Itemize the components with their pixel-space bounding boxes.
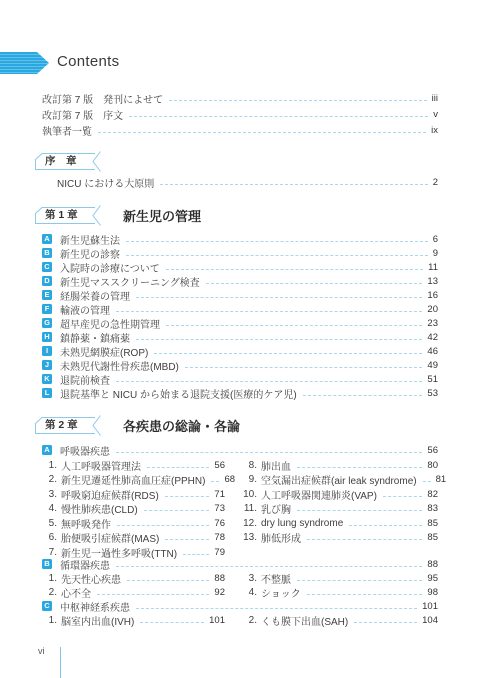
section-a-left-column: 1.人工呼吸器管理法56 2.新生児遷延性肺高血圧症(PPHN)68 3.呼吸窮… xyxy=(40,458,225,560)
dotted-leader xyxy=(211,481,219,482)
toc-entry-title: 執筆者一覧 xyxy=(42,123,92,138)
folio-rule xyxy=(60,647,61,678)
dotted-leader xyxy=(185,367,423,368)
toc-row: 11.乳び胸83 xyxy=(240,502,438,517)
item-number: 6. xyxy=(40,532,57,543)
toc-row: 1.脳室内出血(IVH)101 xyxy=(40,613,225,628)
toc-entry-title: 鎮静薬・鎮痛薬 xyxy=(60,330,130,345)
toc-entry-title: 改訂第 7 版 序文 xyxy=(42,107,123,122)
page-number: 2 xyxy=(433,177,438,188)
dotted-leader xyxy=(129,116,428,117)
section-badge: G xyxy=(42,318,52,328)
front-matter-list: 改訂第 7 版 発刊によせて iii 改訂第 7 版 序文 v 執筆者一覧 ix xyxy=(42,90,438,138)
section-badge: H xyxy=(42,332,52,342)
toc-entry-title: 退院基準と NICU から始まる退院支援(医療的ケア児) xyxy=(60,386,297,401)
toc-row: 10.人工呼吸器関連肺炎(VAP)82 xyxy=(240,487,438,502)
chapter2-heading: 第 2 章 各疾患の総論・各論 xyxy=(35,415,240,436)
dotted-leader xyxy=(297,510,422,511)
page-number: 6 xyxy=(433,234,438,245)
item-number: 13. xyxy=(240,532,257,543)
section-c-left-column: 1.脳室内出血(IVH)101 xyxy=(40,613,225,628)
page-number: 104 xyxy=(422,615,438,626)
item-number: 1. xyxy=(40,460,57,471)
toc-row: 4.ショック98 xyxy=(240,586,438,601)
section-badge: A xyxy=(42,234,52,244)
item-number: 1. xyxy=(40,615,57,626)
page-number: 101 xyxy=(422,601,438,612)
folio-page-number: vi xyxy=(38,646,45,656)
page-number: 13 xyxy=(427,276,438,287)
toc-row: 12.dry lung syndrome85 xyxy=(240,516,438,531)
toc-row: B 循環器疾患 88 xyxy=(42,557,438,571)
toc-row: F輸液の管理20 xyxy=(42,302,438,316)
item-number: 8. xyxy=(240,460,257,471)
item-number: 4. xyxy=(240,587,257,598)
section-badge: C xyxy=(42,262,52,272)
toc-row: 4.慢性肺疾患(CLD)73 xyxy=(40,502,225,517)
item-number: 9. xyxy=(240,474,257,485)
toc-row: L退院基準と NICU から始まる退院支援(医療的ケア児)53 xyxy=(42,386,438,400)
toc-entry-title: 未熟児代謝性骨疾患(MBD) xyxy=(60,358,179,373)
section-badge: K xyxy=(42,374,52,384)
toc-row: 1.先天性心疾患88 xyxy=(40,571,225,586)
page-number: 56 xyxy=(427,445,438,456)
toc-row: NICU における大原則 2 xyxy=(57,175,438,189)
toc-entry-title: 新生児マススクリーニング検査 xyxy=(60,274,200,289)
toc-row: 3.不整脈95 xyxy=(240,571,438,586)
dotted-leader xyxy=(160,184,427,185)
dotted-leader xyxy=(136,608,417,609)
toc-row: D新生児マススクリーニング検査13 xyxy=(42,274,438,288)
toc-entry-title: 先天性心疾患 xyxy=(61,571,121,586)
toc-row: 執筆者一覧 ix xyxy=(42,122,438,138)
contents-title: Contents xyxy=(57,53,119,70)
dotted-leader xyxy=(354,622,417,623)
toc-row: 3.呼吸窮迫症候群(RDS)71 xyxy=(40,487,225,502)
toc-entry-title: 輸液の管理 xyxy=(60,302,110,317)
toc-row: I未熟児網膜症(ROP)46 xyxy=(42,344,438,358)
page-number: 92 xyxy=(214,587,225,598)
toc-entry-title: 中枢神経系疾患 xyxy=(60,599,130,614)
section-badge: L xyxy=(42,388,52,398)
dotted-leader xyxy=(98,132,426,133)
dotted-leader xyxy=(297,580,422,581)
dotted-leader xyxy=(116,381,422,382)
page-number: 68 xyxy=(224,474,235,485)
dotted-leader xyxy=(136,297,422,298)
page-number: 42 xyxy=(427,332,438,343)
toc-entry-title: 退院前検査 xyxy=(60,372,110,387)
toc-row: A新生児蘇生法6 xyxy=(42,232,438,246)
dotted-leader xyxy=(126,241,428,242)
toc-entry-title: 空気漏出症候群(air leak syndrome) xyxy=(261,472,417,487)
chapter-title: 新生児の管理 xyxy=(123,206,201,225)
toc-entry-title: 新生児の診察 xyxy=(60,246,120,261)
item-number: 1. xyxy=(40,573,57,584)
toc-entry-title: ショック xyxy=(261,585,301,600)
dotted-leader xyxy=(169,100,427,101)
dotted-leader xyxy=(126,255,428,256)
toc-row: J未熟児代謝性骨疾患(MBD)49 xyxy=(42,358,438,372)
section-a-right-column: 8.肺出血80 9.空気漏出症候群(air leak syndrome)81 1… xyxy=(240,458,438,545)
toc-entry-title: 慢性肺疾患(CLD) xyxy=(61,501,138,516)
toc-entry-title: 肺出血 xyxy=(261,458,291,473)
page-number: 88 xyxy=(427,559,438,570)
page-number: 85 xyxy=(427,532,438,543)
toc-row: 2.新生児遷延性肺高血圧症(PPHN)68 xyxy=(40,473,225,488)
section-badge: I xyxy=(42,346,52,356)
toc-entry-title: 入院時の診療について xyxy=(60,260,160,275)
dotted-leader xyxy=(303,395,423,396)
toc-row: 13.肺低形成85 xyxy=(240,531,438,546)
page-number: 85 xyxy=(427,518,438,529)
dotted-leader xyxy=(140,622,204,623)
page-number: ix xyxy=(431,125,438,136)
toc-row: K退院前検査51 xyxy=(42,372,438,386)
page-number: 20 xyxy=(427,304,438,315)
dotted-leader xyxy=(154,353,422,354)
toc-entry-title: 改訂第 7 版 発刊によせて xyxy=(42,91,163,106)
toc-entry-title: くも膜下出血(SAH) xyxy=(261,613,348,628)
section-badge: A xyxy=(42,445,52,455)
page-number: 49 xyxy=(427,360,438,371)
page-number: 73 xyxy=(214,503,225,514)
section-badge: C xyxy=(42,601,52,611)
dotted-leader xyxy=(116,566,422,567)
dotted-leader xyxy=(165,496,210,497)
toc-row: A 呼吸器疾患 56 xyxy=(42,443,438,457)
page-number: 80 xyxy=(427,460,438,471)
toc-entry-title: 経腸栄養の管理 xyxy=(60,288,130,303)
toc-row: 8.肺出血80 xyxy=(240,458,438,473)
page-number: 83 xyxy=(427,503,438,514)
item-number: 4. xyxy=(40,503,57,514)
toc-entry-title: 新生児蘇生法 xyxy=(60,232,120,247)
item-number: 5. xyxy=(40,518,57,529)
chapter-label: 序 章 xyxy=(45,151,77,172)
page-number: 11 xyxy=(428,262,438,273)
dotted-leader xyxy=(166,269,423,270)
section-badge: F xyxy=(42,304,52,314)
page-number: 9 xyxy=(433,248,438,259)
item-number: 2. xyxy=(240,615,257,626)
toc-row: 9.空気漏出症候群(air leak syndrome)81 xyxy=(240,473,438,488)
item-number: 3. xyxy=(240,573,257,584)
page-number: 56 xyxy=(214,460,225,471)
item-number: 10. xyxy=(240,489,257,500)
dotted-leader xyxy=(116,311,422,312)
chapter-label: 第 1 章 xyxy=(45,205,78,226)
dotted-leader xyxy=(183,554,209,555)
page-number: 98 xyxy=(427,587,438,598)
page-number: 23 xyxy=(427,318,438,329)
toc-entry-title: 無呼吸発作 xyxy=(61,516,111,531)
page-number: 81 xyxy=(436,474,447,485)
toc-row: C入院時の診療について11 xyxy=(42,260,438,274)
toc-entry-title: 超早産児の急性期管理 xyxy=(60,316,160,331)
page-number: 16 xyxy=(427,290,438,301)
toc-row: C 中枢神経系疾患 101 xyxy=(42,599,438,613)
toc-row: 改訂第 7 版 発刊によせて iii xyxy=(42,90,438,106)
page-number: 82 xyxy=(427,489,438,500)
page-number: 71 xyxy=(214,489,225,500)
toc-row: 改訂第 7 版 序文 v xyxy=(42,106,438,122)
item-number: 2. xyxy=(40,587,57,598)
toc-row: 2.くも膜下出血(SAH)104 xyxy=(240,613,438,628)
section-badge: B xyxy=(42,559,52,569)
page-number: 53 xyxy=(427,388,438,399)
toc-entry-title: 呼吸窮迫症候群(RDS) xyxy=(61,487,159,502)
toc-entry-title: 不整脈 xyxy=(261,571,291,586)
section-badge: E xyxy=(42,290,52,300)
page-number: 46 xyxy=(427,346,438,357)
item-number: 2. xyxy=(40,474,57,485)
chapter1-section-list: A新生児蘇生法6 B新生児の診察9 C入院時の診療について11 D新生児マススク… xyxy=(42,232,438,400)
dotted-leader xyxy=(423,481,431,482)
dotted-leader xyxy=(297,467,422,468)
toc-entry-title: 胎便吸引症候群(MAS) xyxy=(61,530,159,545)
section-badge: D xyxy=(42,276,52,286)
toc-row: E経腸栄養の管理16 xyxy=(42,288,438,302)
toc-entry-title: dry lung syndrome xyxy=(261,518,343,529)
toc-row: 6.胎便吸引症候群(MAS)78 xyxy=(40,531,225,546)
toc-entry-title: 人工呼吸器管理法 xyxy=(61,458,141,473)
dotted-leader xyxy=(147,467,209,468)
toc-entry-title: 脳室内出血(IVH) xyxy=(61,613,134,628)
dotted-leader xyxy=(165,539,209,540)
page-number: 95 xyxy=(427,573,438,584)
dotted-leader xyxy=(166,325,422,326)
dotted-leader xyxy=(206,283,423,284)
page-number: v xyxy=(433,109,438,120)
dotted-leader xyxy=(307,539,422,540)
item-number: 3. xyxy=(40,489,57,500)
dotted-leader xyxy=(307,594,423,595)
item-number: 11. xyxy=(240,503,257,514)
page-number: 78 xyxy=(214,532,225,543)
page-number: 101 xyxy=(209,615,225,626)
toc-entry-title: 肺低形成 xyxy=(261,530,301,545)
section-badge: B xyxy=(42,248,52,258)
toc-row: B新生児の診察9 xyxy=(42,246,438,260)
toc-row: H鎮静薬・鎮痛薬42 xyxy=(42,330,438,344)
toc-row: G超早産児の急性期管理23 xyxy=(42,316,438,330)
chapter1-heading: 第 1 章 新生児の管理 xyxy=(35,205,201,226)
page-number: 88 xyxy=(214,573,225,584)
page-number: 76 xyxy=(214,518,225,529)
toc-entry-title: 新生児遷延性肺高血圧症(PPHN) xyxy=(61,472,205,487)
dotted-leader xyxy=(383,496,422,497)
dotted-leader xyxy=(97,594,209,595)
toc-row: 1.人工呼吸器管理法56 xyxy=(40,458,225,473)
dotted-leader xyxy=(116,452,422,453)
dotted-leader xyxy=(349,525,422,526)
toc-entry-title: 人工呼吸器関連肺炎(VAP) xyxy=(261,487,377,502)
dotted-leader xyxy=(144,510,210,511)
toc-entry-title: 呼吸器疾患 xyxy=(60,443,110,458)
toc-entry-title: 未熟児網膜症(ROP) xyxy=(60,344,148,359)
contents-banner-arrow-icon xyxy=(0,52,49,74)
page-number: iii xyxy=(432,93,438,104)
dotted-leader xyxy=(136,339,422,340)
toc-row: 5.無呼吸発作76 xyxy=(40,516,225,531)
dotted-leader xyxy=(117,525,209,526)
preface-chapter-heading: 序 章 xyxy=(35,151,113,172)
dotted-leader xyxy=(127,580,209,581)
toc-entry-title: NICU における大原則 xyxy=(57,175,154,190)
toc-entry-title: 循環器疾患 xyxy=(60,557,110,572)
section-c-right-column: 2.くも膜下出血(SAH)104 xyxy=(240,613,438,628)
section-b-left-column: 1.先天性心疾患88 2.心不全92 xyxy=(40,571,225,600)
page-number: 51 xyxy=(427,374,438,385)
chapter-label: 第 2 章 xyxy=(45,415,78,436)
toc-page: Contents 改訂第 7 版 発刊によせて iii 改訂第 7 版 序文 v… xyxy=(0,0,480,678)
toc-entry-title: 乳び胸 xyxy=(261,501,291,516)
chapter-title: 各疾患の総論・各論 xyxy=(123,416,240,435)
section-badge: J xyxy=(42,360,52,370)
section-b-right-column: 3.不整脈95 4.ショック98 xyxy=(240,571,438,600)
item-number: 12. xyxy=(240,518,257,529)
